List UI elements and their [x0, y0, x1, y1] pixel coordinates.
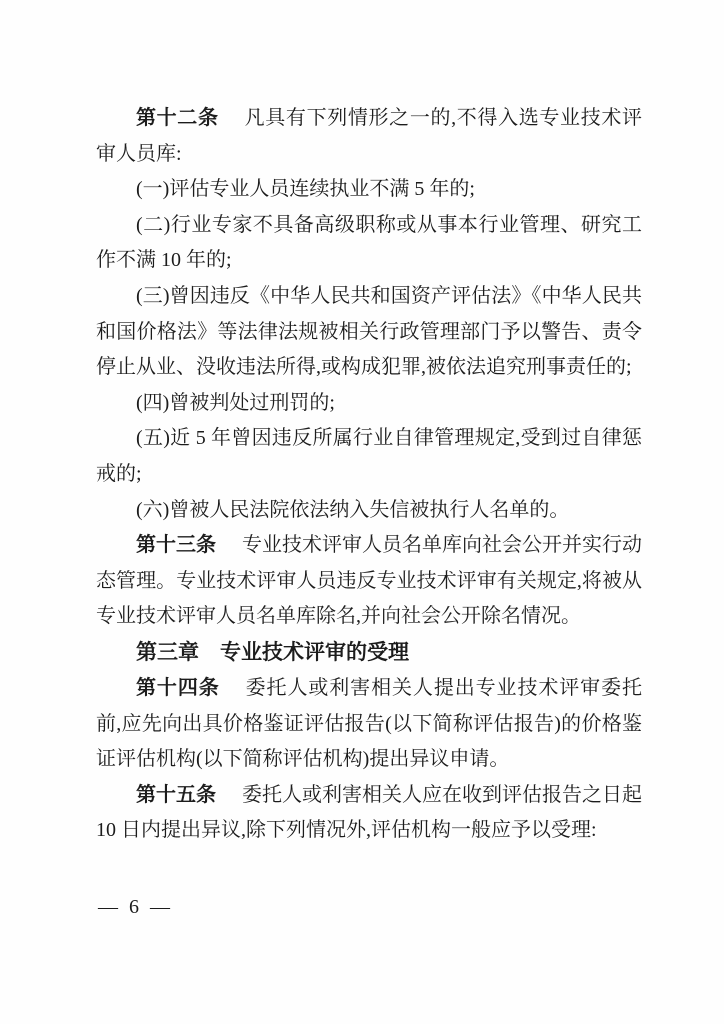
paragraph-article-12: 第十二条凡具有下列情形之一的,不得入选专业技术评审人员库:: [96, 101, 642, 172]
article-14-number: 第十四条: [136, 677, 220, 699]
paragraph-article-13: 第十三条专业技术评审人员名单库向社会公开并实行动态管理。专业技术评审人员违反专业…: [96, 528, 642, 635]
list-item-5: (五)近 5 年曾因违反所属行业自律管理规定,受到过自律惩戒的;: [96, 421, 642, 492]
article-12-number: 第十二条: [136, 107, 219, 129]
list-item-4: (四)曾被判处过刑罚的;: [96, 386, 642, 422]
list-item-6: (六)曾被人民法院依法纳入失信被执行人名单的。: [96, 493, 642, 529]
list-item-3: (三)曾因违反《中华人民共和国资产评估法》《中华人民共和国价格法》等法律法规被相…: [96, 279, 642, 386]
page-number: — 6 —: [98, 892, 173, 922]
list-item-1: (一)评估专业人员连续执业不满 5 年的;: [96, 172, 642, 208]
text-content: 第十二条凡具有下列情形之一的,不得入选专业技术评审人员库: (一)评估专业人员连…: [96, 101, 642, 849]
document-page: 第十二条凡具有下列情形之一的,不得入选专业技术评审人员库: (一)评估专业人员连…: [0, 0, 724, 1024]
paragraph-article-14: 第十四条委托人或利害相关人提出专业技术评审委托前,应先向出具价格鉴证评估报告(以…: [96, 671, 642, 778]
paragraph-article-15: 第十五条委托人或利害相关人应在收到评估报告之日起 10 日内提出异议,除下列情况…: [96, 778, 642, 849]
chapter-3-heading: 第三章 专业技术评审的受理: [96, 635, 642, 671]
article-15-number: 第十五条: [136, 784, 216, 806]
article-13-number: 第十三条: [136, 534, 216, 556]
list-item-2: (二)行业专家不具备高级职称或从事本行业管理、研究工作不满 10 年的;: [96, 208, 642, 279]
